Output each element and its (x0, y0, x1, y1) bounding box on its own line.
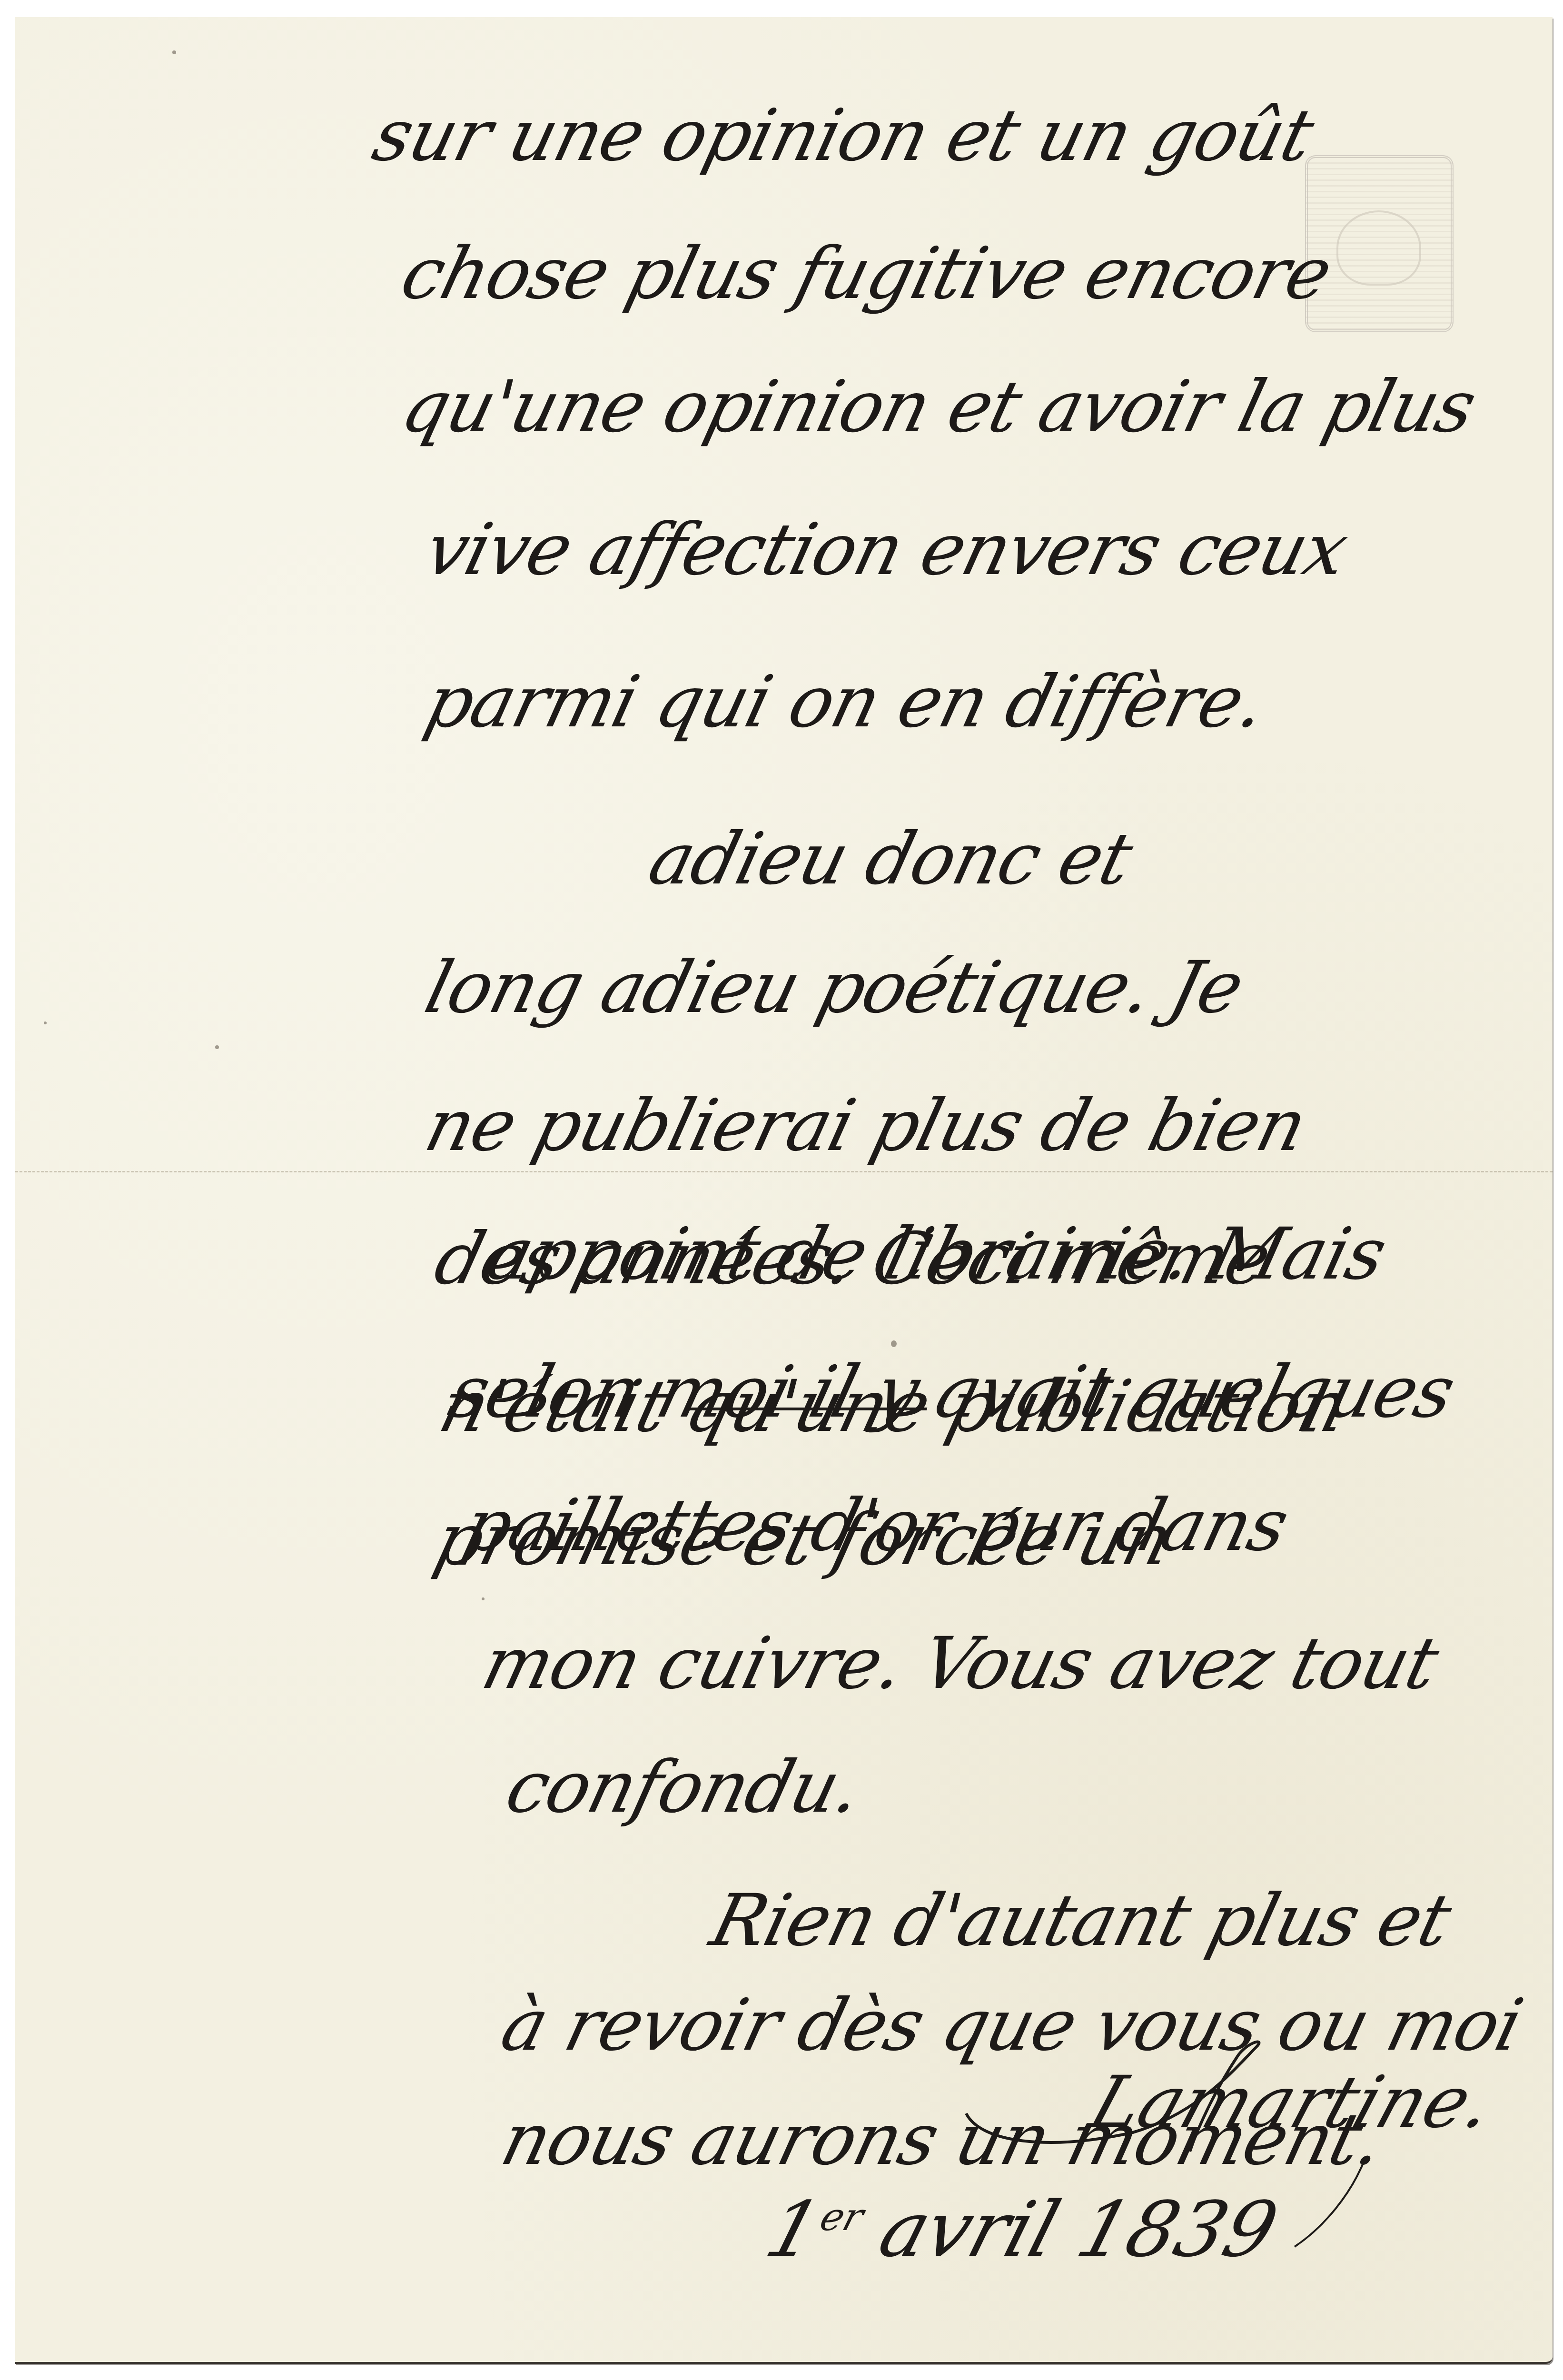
signature: Lamartine. (1080, 2061, 1504, 2144)
letter-date: 1er avril 1839 (757, 2185, 1287, 2274)
letter-line: Rien d'autant plus et (704, 1885, 1457, 1956)
date-month-year: avril 1839 (846, 2185, 1287, 2274)
letter-lines-closing: Rien d'autant plus et à revoir dès que v… (0, 0, 1563, 2380)
